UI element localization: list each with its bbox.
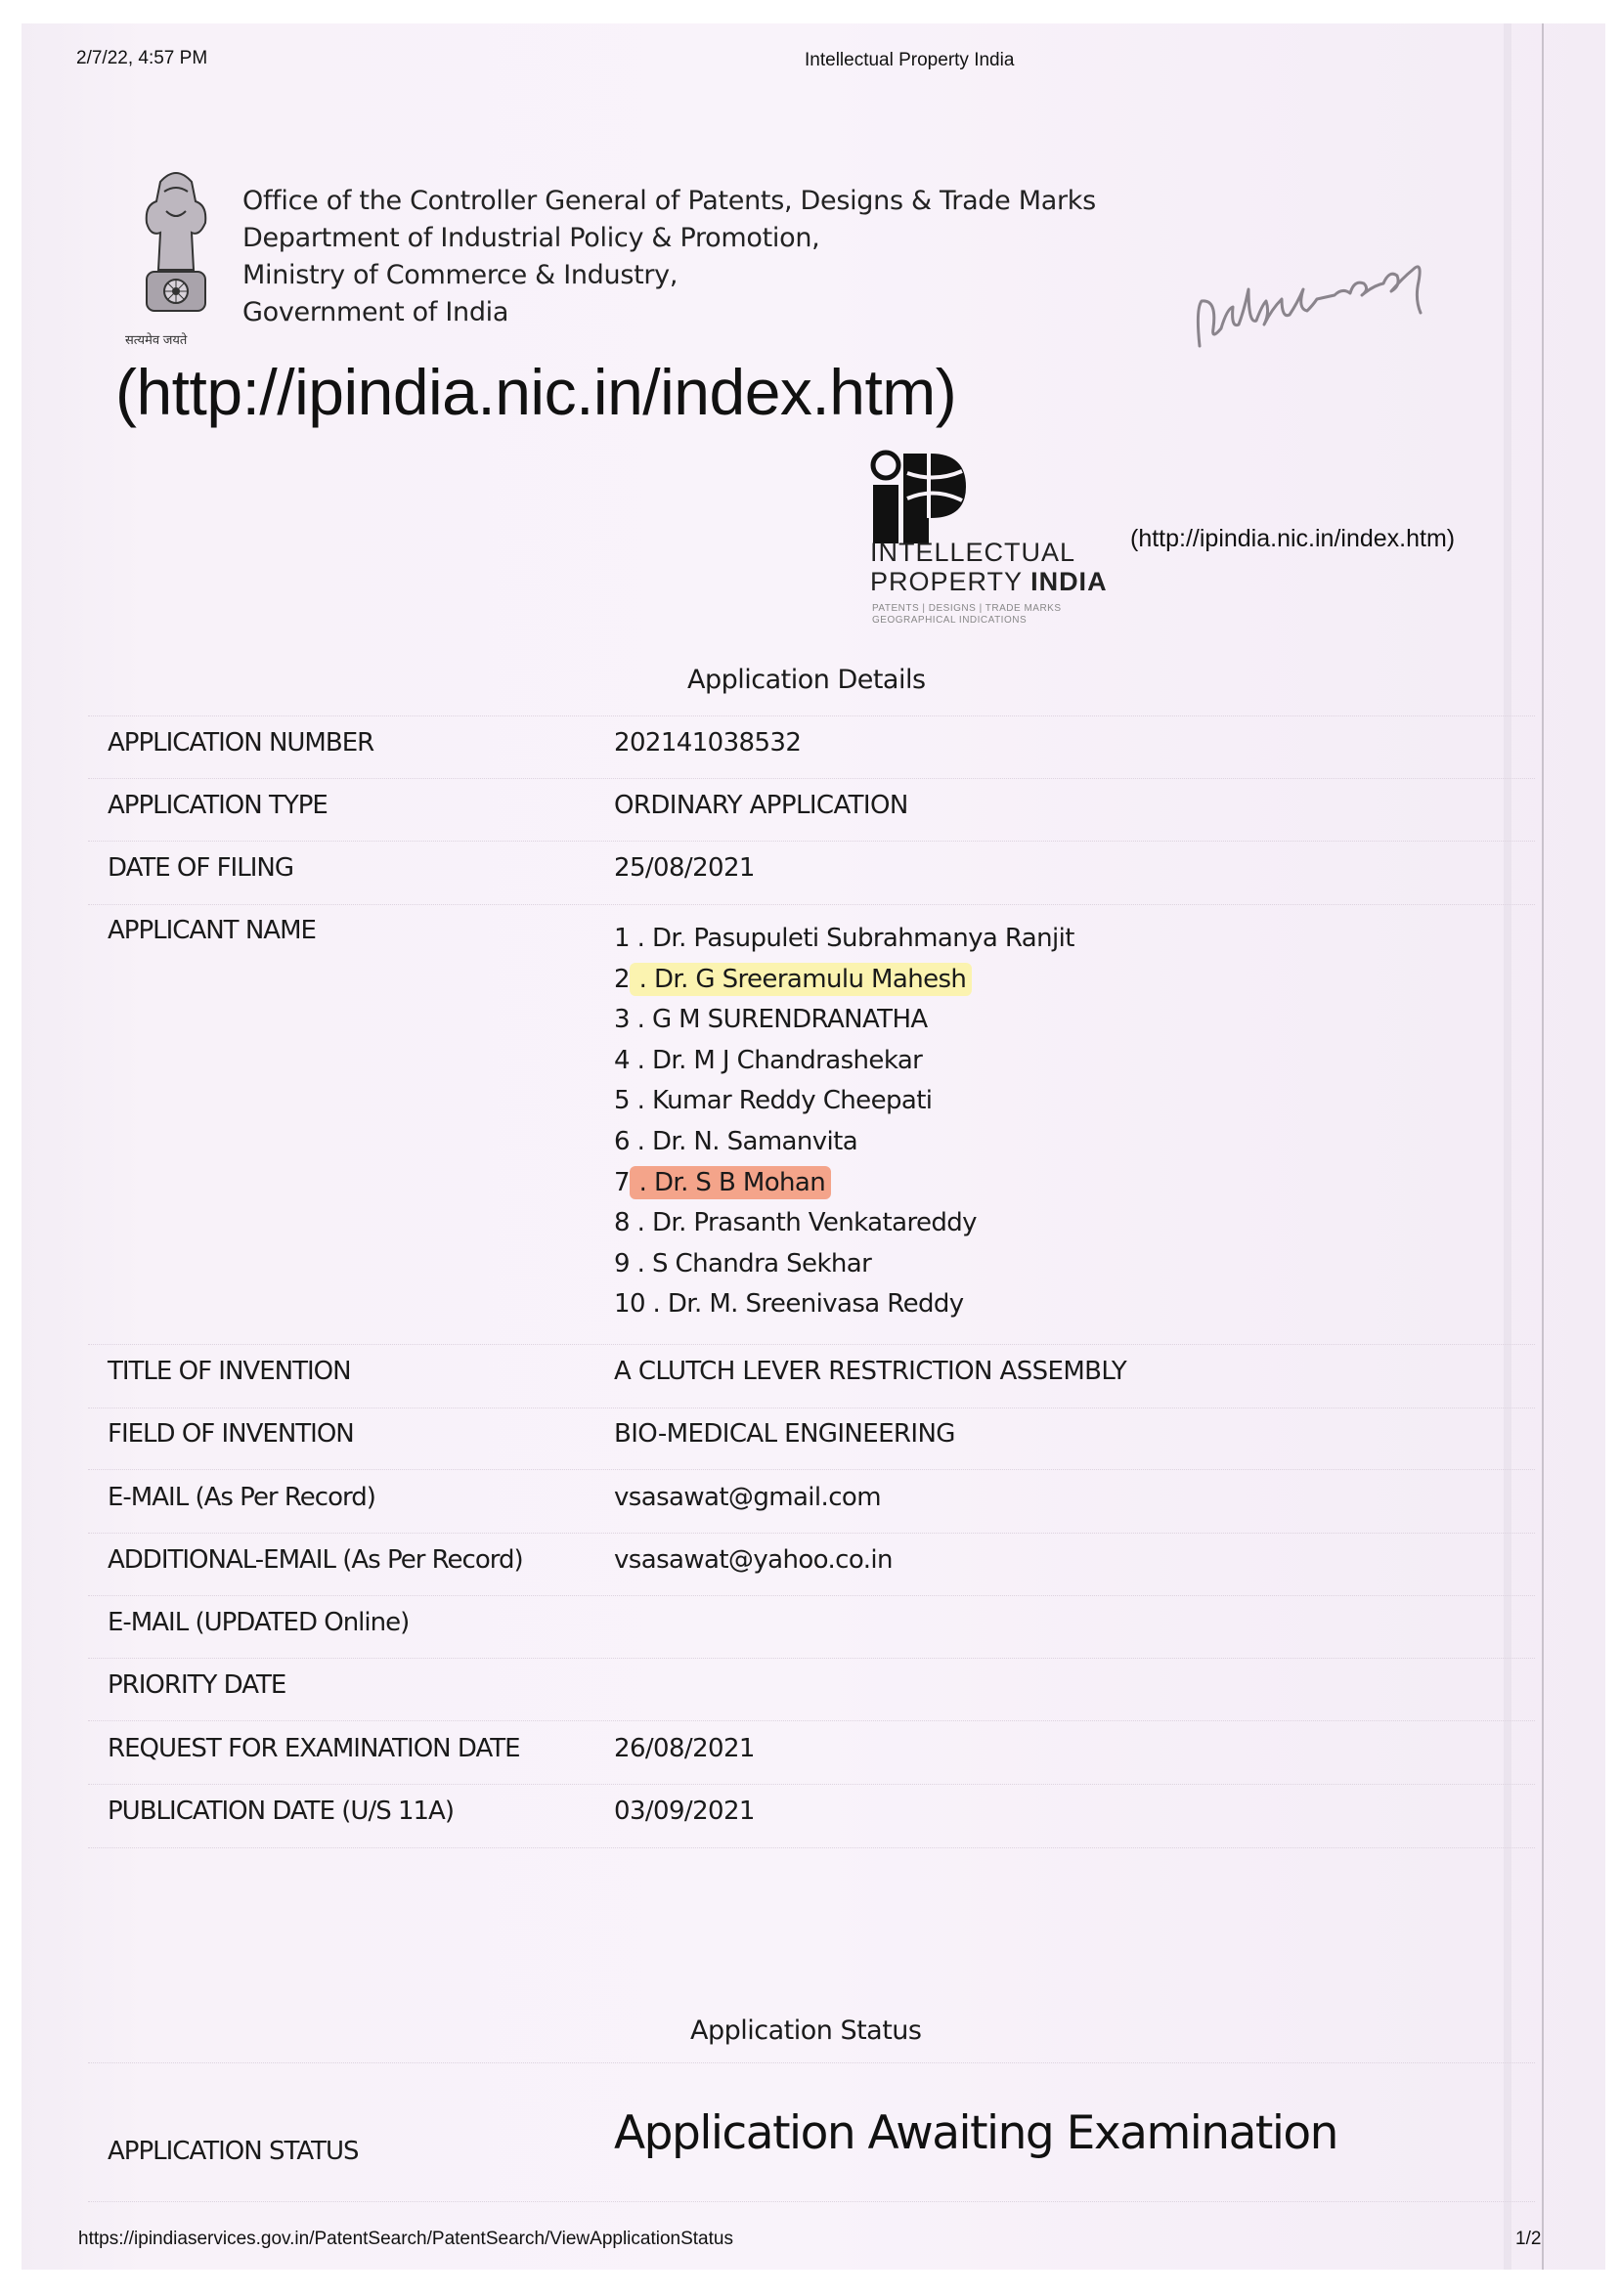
ip-logo-link[interactable]: (http://ipindia.nic.in/index.htm) bbox=[1130, 525, 1455, 553]
applicant-item: 5 . Kumar Reddy Cheepati bbox=[614, 1081, 1074, 1122]
applicant-number: 8 bbox=[614, 1208, 630, 1237]
ipindia-home-link[interactable]: (http://ipindia.nic.in/index.htm) bbox=[115, 355, 956, 429]
label-field-of-invention: FIELD OF INVENTION bbox=[108, 1419, 354, 1449]
value-application-status: Application Awaiting Examination bbox=[614, 2106, 1337, 2160]
label-additional-email: ADDITIONAL-EMAIL (As Per Record) bbox=[108, 1545, 523, 1575]
applicant-item: 3 . G M SURENDRANATHA bbox=[614, 1000, 1074, 1041]
applicant-number: 7 bbox=[614, 1168, 630, 1197]
applicant-separator: . bbox=[645, 1289, 668, 1319]
label-publication-date: PUBLICATION DATE (U/S 11A) bbox=[108, 1797, 454, 1826]
applicant-separator: . bbox=[630, 1249, 652, 1278]
applicant-name-text: Dr. M. Sreenivasa Reddy bbox=[668, 1289, 964, 1319]
row-divider bbox=[88, 1344, 1535, 1345]
value-request-exam-date: 26/08/2021 bbox=[614, 1734, 755, 1763]
ip-india-logo-icon bbox=[868, 448, 976, 545]
value-publication-date: 03/09/2021 bbox=[614, 1797, 755, 1826]
applicant-name: . Dr. M J Chandrashekar bbox=[630, 1046, 922, 1075]
office-line-2: Department of Industrial Policy & Promot… bbox=[242, 220, 1096, 257]
row-divider bbox=[88, 1469, 1535, 1470]
value-field-of-invention: BIO-MEDICAL ENGINEERING bbox=[614, 1419, 955, 1449]
applicant-name-highlighted: . Dr. S B Mohan bbox=[630, 1166, 831, 1199]
applicant-name: . Dr. N. Samanvita bbox=[630, 1127, 857, 1156]
applicant-separator: . bbox=[630, 924, 652, 953]
applicant-separator: . bbox=[630, 1127, 652, 1156]
national-emblem-icon bbox=[121, 162, 231, 328]
ip-logo-line1: INTELLECTUAL bbox=[870, 538, 1075, 568]
applicant-name-text: Dr. S B Mohan bbox=[654, 1168, 825, 1197]
handwritten-published-note: Published - 2021 bbox=[1188, 231, 1511, 358]
label-title-of-invention: TITLE OF INVENTION bbox=[108, 1357, 351, 1386]
applicant-name-text: G M SURENDRANATHA bbox=[652, 1005, 928, 1034]
office-line-3: Ministry of Commerce & Industry, bbox=[242, 257, 1096, 294]
ip-logo-tagline-1: PATENTS | DESIGNS | TRADE MARKS bbox=[872, 603, 1062, 615]
office-line-1: Office of the Controller General of Pate… bbox=[242, 183, 1096, 220]
value-application-type: ORDINARY APPLICATION bbox=[614, 791, 908, 820]
office-header: Office of the Controller General of Pate… bbox=[242, 183, 1096, 331]
applicant-item: 6 . Dr. N. Samanvita bbox=[614, 1122, 1074, 1163]
row-divider bbox=[88, 2201, 1535, 2202]
print-datetime: 2/7/22, 4:57 PM bbox=[76, 48, 207, 69]
applicant-separator: . bbox=[630, 1005, 652, 1034]
print-page-number: 1/2 bbox=[1515, 2229, 1541, 2250]
office-line-4: Government of India bbox=[242, 294, 1096, 331]
applicant-separator: . bbox=[630, 1046, 652, 1075]
label-application-number: APPLICATION NUMBER bbox=[108, 728, 373, 758]
value-title-of-invention: A CLUTCH LEVER RESTRICTION ASSEMBLY bbox=[614, 1357, 1126, 1386]
value-date-of-filing: 25/08/2021 bbox=[614, 853, 755, 883]
applicant-number: 3 bbox=[614, 1005, 630, 1034]
applicant-number: 10 bbox=[614, 1289, 645, 1319]
application-details-title: Application Details bbox=[687, 665, 926, 695]
applicant-name-text: Dr. Pasupuleti Subrahmanya Ranjit bbox=[652, 924, 1074, 953]
ip-logo-tagline-2: GEOGRAPHICAL INDICATIONS bbox=[872, 615, 1062, 627]
ip-logo-tagline: PATENTS | DESIGNS | TRADE MARKS GEOGRAPH… bbox=[872, 603, 1062, 627]
applicant-number: 1 bbox=[614, 924, 630, 953]
applicant-name-text: Dr. Prasanth Venkatareddy bbox=[652, 1208, 977, 1237]
row-divider bbox=[88, 841, 1535, 842]
applicant-number: 4 bbox=[614, 1046, 630, 1075]
applicant-separator: . bbox=[630, 1086, 652, 1115]
row-divider bbox=[88, 1595, 1535, 1596]
applicant-item: 9 . S Chandra Sekhar bbox=[614, 1244, 1074, 1285]
applicant-number: 6 bbox=[614, 1127, 630, 1156]
label-application-type: APPLICATION TYPE bbox=[108, 791, 328, 820]
print-page-title: Intellectual Property India bbox=[805, 50, 1014, 71]
applicant-number: 5 bbox=[614, 1086, 630, 1115]
label-applicant-name: APPLICANT NAME bbox=[108, 916, 316, 945]
applicant-name-text: S Chandra Sekhar bbox=[652, 1249, 871, 1278]
value-email: vsasawat@gmail.com bbox=[614, 1483, 881, 1512]
emblem-motto: सत्यमेव जयते bbox=[125, 330, 187, 348]
applicant-name: . Kumar Reddy Cheepati bbox=[630, 1086, 932, 1115]
applicant-item: 10 . Dr. M. Sreenivasa Reddy bbox=[614, 1284, 1074, 1325]
label-application-status: APPLICATION STATUS bbox=[108, 2137, 359, 2166]
row-divider bbox=[88, 715, 1535, 716]
applicant-name-text: Kumar Reddy Cheepati bbox=[652, 1086, 932, 1115]
applicant-name-highlighted: . Dr. G Sreeramulu Mahesh bbox=[630, 963, 972, 996]
applicant-name: . Dr. M. Sreenivasa Reddy bbox=[645, 1289, 964, 1319]
applicant-separator: . bbox=[632, 965, 654, 994]
applicant-name-text: Dr. G Sreeramulu Mahesh bbox=[654, 965, 966, 994]
row-divider bbox=[88, 778, 1535, 779]
applicant-name: . Dr. Prasanth Venkatareddy bbox=[630, 1208, 977, 1237]
value-application-number: 202141038532 bbox=[614, 728, 801, 758]
applicant-name: . G M SURENDRANATHA bbox=[630, 1005, 928, 1034]
applicant-item: 4 . Dr. M J Chandrashekar bbox=[614, 1041, 1074, 1082]
applicant-name: . S Chandra Sekhar bbox=[630, 1249, 871, 1278]
ip-logo-line2-regular: PROPERTY bbox=[870, 567, 1030, 596]
print-footer-url: https://ipindiaservices.gov.in/PatentSea… bbox=[78, 2229, 733, 2250]
applicant-item: 2 . Dr. G Sreeramulu Mahesh bbox=[614, 960, 1074, 1001]
row-divider bbox=[88, 1784, 1535, 1785]
applicant-number: 2 bbox=[614, 965, 630, 994]
applicant-name: . Dr. Pasupuleti Subrahmanya Ranjit bbox=[630, 924, 1074, 953]
row-divider bbox=[88, 1658, 1535, 1659]
value-additional-email: vsasawat@yahoo.co.in bbox=[614, 1545, 893, 1575]
ip-logo-line2-bold: INDIA bbox=[1030, 567, 1108, 596]
row-divider bbox=[88, 904, 1535, 905]
applicant-item: 1 . Dr. Pasupuleti Subrahmanya Ranjit bbox=[614, 919, 1074, 960]
row-divider bbox=[88, 2062, 1535, 2063]
applicant-name-text: Dr. M J Chandrashekar bbox=[652, 1046, 922, 1075]
applicant-item: 8 . Dr. Prasanth Venkatareddy bbox=[614, 1203, 1074, 1244]
application-status-title: Application Status bbox=[690, 2015, 921, 2046]
ip-logo-line2: PROPERTY INDIA bbox=[870, 567, 1108, 597]
scan-edge-line bbox=[1542, 23, 1544, 2270]
label-email: E-MAIL (As Per Record) bbox=[108, 1483, 375, 1512]
applicant-list: 1 . Dr. Pasupuleti Subrahmanya Ranjit2 .… bbox=[614, 919, 1074, 1325]
row-divider bbox=[88, 1847, 1535, 1848]
row-divider bbox=[88, 1408, 1535, 1408]
applicant-number: 9 bbox=[614, 1249, 630, 1278]
scan-shadow-line bbox=[1504, 23, 1511, 2270]
row-divider bbox=[88, 1720, 1535, 1721]
label-request-exam-date: REQUEST FOR EXAMINATION DATE bbox=[108, 1734, 520, 1763]
applicant-name-text: Dr. N. Samanvita bbox=[652, 1127, 857, 1156]
label-email-updated: E-MAIL (UPDATED Online) bbox=[108, 1608, 409, 1637]
applicant-item: 7 . Dr. S B Mohan bbox=[614, 1163, 1074, 1204]
label-date-of-filing: DATE OF FILING bbox=[108, 853, 293, 883]
applicant-separator: . bbox=[632, 1168, 654, 1197]
row-divider bbox=[88, 1533, 1535, 1534]
applicant-separator: . bbox=[630, 1208, 652, 1237]
label-priority-date: PRIORITY DATE bbox=[108, 1670, 285, 1700]
